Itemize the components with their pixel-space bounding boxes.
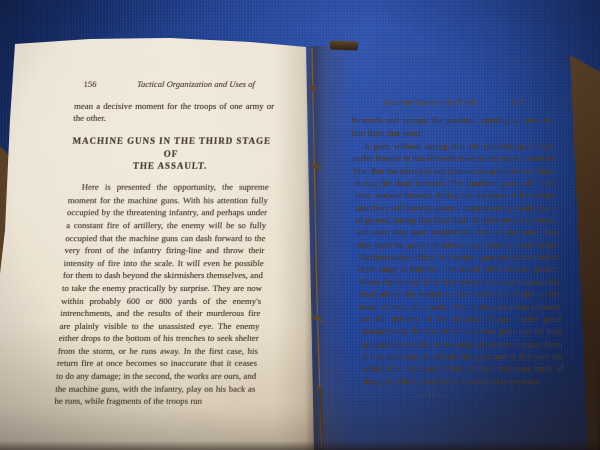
section-heading: MACHINE GUNS IN THE THIRD STAGE OF THE A… (70, 135, 273, 173)
signature-mark: —11— (363, 389, 565, 401)
right-page-number: 157 (510, 96, 523, 108)
dust-speck (342, 279, 344, 281)
right-header-title: Machine Guns in the Field. (350, 96, 511, 108)
right-paragraph-1: forwards and occupy the position, openin… (351, 114, 553, 139)
right-running-header: Machine Guns in the Field. 157 (350, 96, 552, 108)
right-page-text-block: Machine Guns in the Field. 157 forwards … (350, 96, 565, 401)
left-body-paragraph: Here is presented the opportunity, the s… (54, 181, 269, 408)
left-continuation-paragraph: mean a decisive moment for the troops of… (73, 100, 275, 125)
left-running-header: 156 Tactical Organization and Uses of (75, 78, 276, 91)
binding-stitch-thread (296, 42, 340, 450)
section-heading-line2: THE ASSAULT. (70, 160, 271, 173)
left-page-number: 156 (83, 78, 97, 91)
left-page-text-block: 156 Tactical Organization and Uses of me… (54, 78, 276, 408)
left-header-title: Tactical Organization and Uses of (106, 78, 286, 91)
right-paragraph-2: It goes without saying that the machine … (352, 140, 564, 387)
dust-speck (128, 342, 130, 343)
section-heading-line1: MACHINE GUNS IN THE THIRD STAGE OF (71, 135, 273, 161)
